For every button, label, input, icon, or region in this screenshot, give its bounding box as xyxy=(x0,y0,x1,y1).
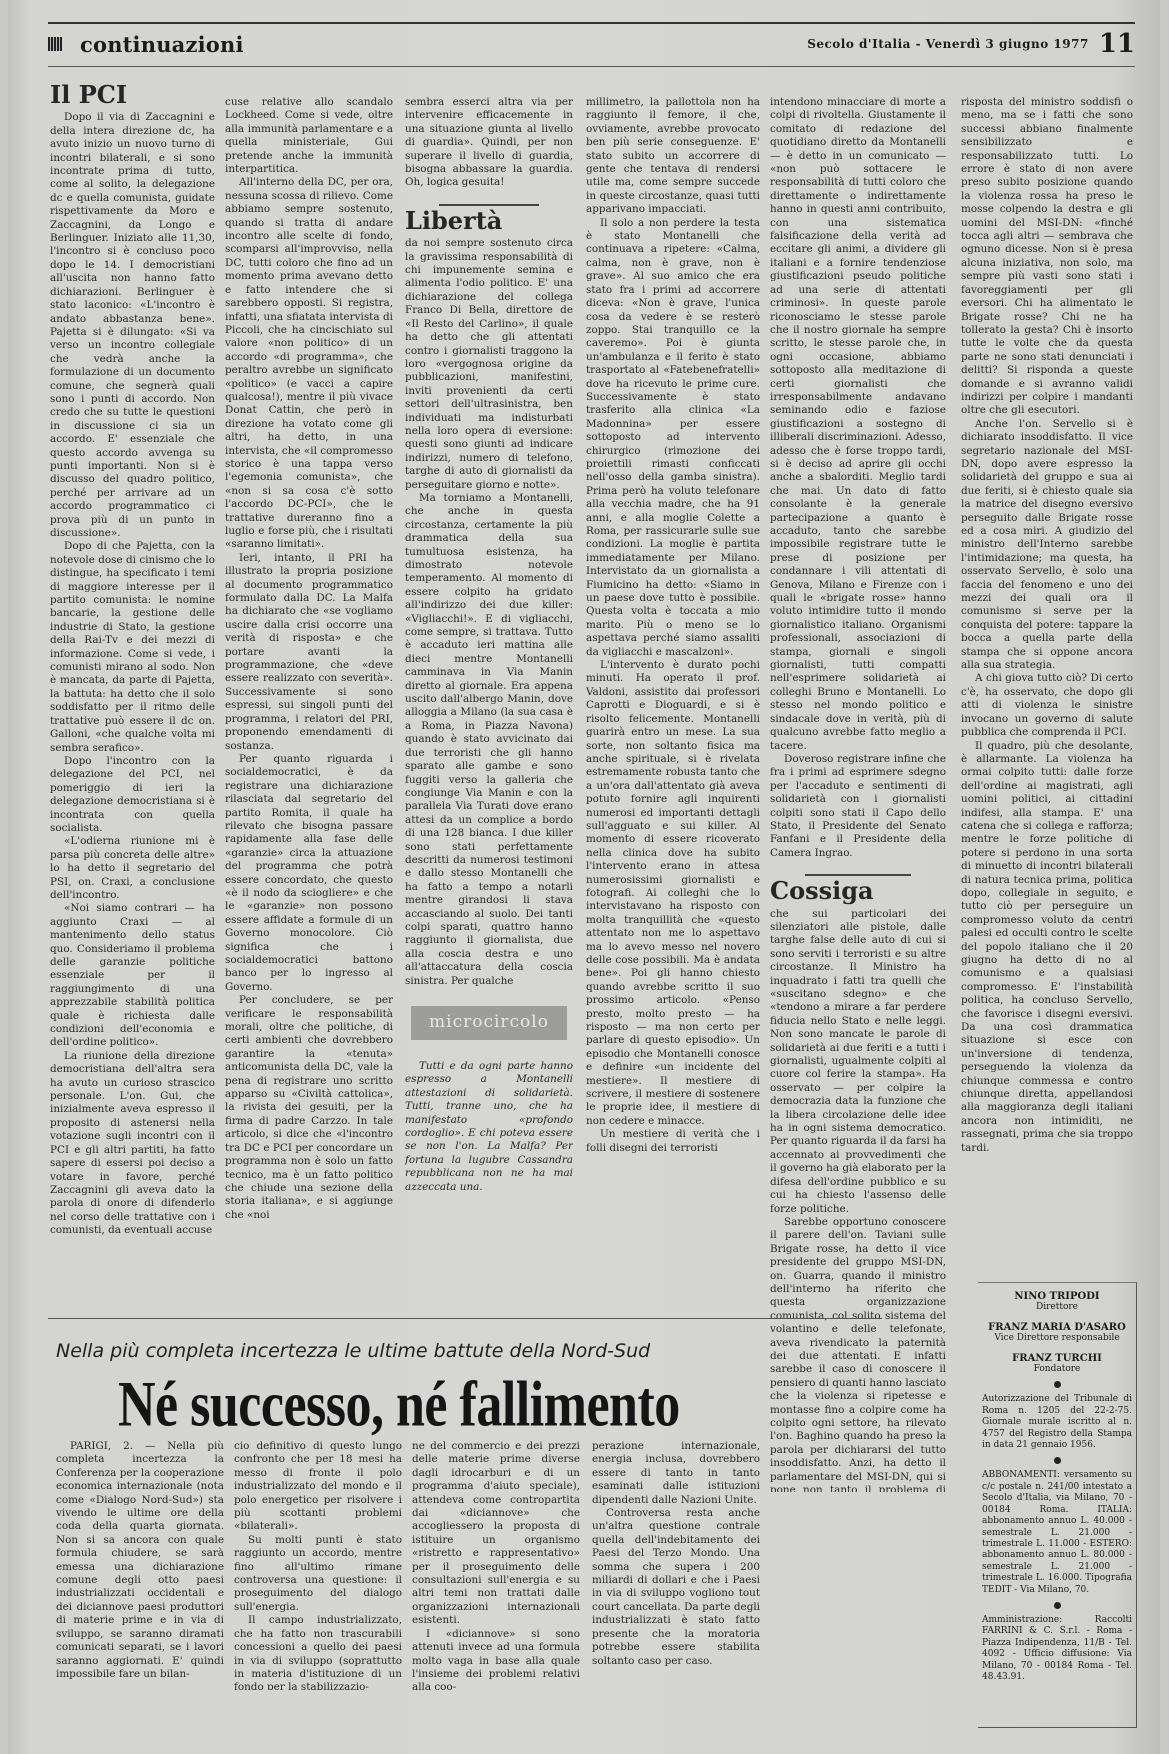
nordsud-col3: ne del commercio e dei prezzi delle mate… xyxy=(412,1440,580,1690)
paragraph: cuse relative allo scandalo Lockheed. Co… xyxy=(225,96,393,176)
bullet-icon xyxy=(1054,1381,1061,1388)
paragraph: Il quadro, più che desolante, è allarman… xyxy=(961,740,1133,1156)
nordsud-col1: PARIGI, 2. — Nella più completa incertez… xyxy=(56,1440,224,1690)
paragraph: Su molti punti è stato raggiunto un acco… xyxy=(234,1534,402,1614)
paragraph: Ma torniamo a Montanelli, che anche in q… xyxy=(405,492,573,988)
bottom-article-rule xyxy=(48,1318,882,1319)
paragraph: Il campo industrializzato, che ha fatto … xyxy=(234,1614,402,1690)
paragraph: Per concludere, se per verificare le res… xyxy=(225,994,393,1222)
header-top-rule xyxy=(48,22,1135,24)
header-bottom-rule xyxy=(48,66,1135,67)
masthead-person-name: FRANZ MARIA D'ASARO xyxy=(982,1322,1132,1333)
paragraph: Sarebbe opportuno conoscere il parere de… xyxy=(770,1216,946,1492)
paper-name-date: Secolo d'Italia - Venerdì 3 giugno 1977 xyxy=(807,37,1089,51)
paragraph: Per quanto riguarda i socialdemocratici,… xyxy=(225,753,393,994)
administration-info: Amministrazione: Raccolti FARRINI & C. S… xyxy=(982,1615,1132,1683)
page-number: 11 xyxy=(1099,29,1135,59)
paragraph: risposta del ministro soddisfi o meno, m… xyxy=(961,96,1133,418)
article-title-cossiga: Cossiga xyxy=(770,884,946,897)
microcircolo-text: Tutti e da ogni parte hanno espresso a M… xyxy=(405,1060,573,1194)
paragraph: millimetro, la pallottola non ha raggiun… xyxy=(586,96,760,217)
subscription-info: ABBONAMENTI: versamento su c/c postale n… xyxy=(982,1470,1132,1595)
masthead-people: NINO TRIPODIDirettoreFRANZ MARIA D'ASARO… xyxy=(982,1291,1132,1375)
registration-info: Autorizzazione del Tribunale di Roma n. … xyxy=(982,1394,1132,1451)
liberta-col3-body: da noi sempre sostenuto circa la graviss… xyxy=(405,237,573,988)
masthead-box: NINO TRIPODIDirettoreFRANZ MARIA D'ASARO… xyxy=(978,1282,1137,1728)
paragraph: intendono minacciare di morte a colpi di… xyxy=(770,96,946,753)
masthead-person-role: Vice Direttore responsabile xyxy=(982,1333,1132,1344)
paragraph: Un mestiere di verità che i folli disegn… xyxy=(586,1128,760,1155)
article-liberta-col5: intendono minacciare di morte a colpi di… xyxy=(770,96,946,1492)
article-title-pci: Il PCI xyxy=(50,88,215,101)
paragraph: Doveroso registrare infine che fra i pri… xyxy=(770,753,946,860)
article-pci-col2: cuse relative allo scandalo Lockheed. Co… xyxy=(225,96,393,1292)
newspaper-logo-icon xyxy=(48,37,62,51)
paragraph: L'intervento è durato pochi minuti. Ha o… xyxy=(586,659,760,1128)
paragraph: PARIGI, 2. — Nella più completa incertez… xyxy=(56,1440,224,1681)
masthead-person-role: Direttore xyxy=(982,1302,1132,1313)
masthead-person-name: FRANZ TURCHI xyxy=(982,1353,1132,1364)
paragraph: Controversa resta anche un'altra questio… xyxy=(592,1507,760,1668)
bullet-icon xyxy=(1054,1457,1061,1464)
paragraph: «Noi siamo contrari — ha aggiunto Craxi … xyxy=(50,902,215,1049)
paragraph: A chi giova tutto ciò? Di certo c'è, ha … xyxy=(961,672,1133,739)
article-liberta-col3: sembra esserci altra via per intervenire… xyxy=(405,96,573,1316)
bullet-icon xyxy=(1054,1602,1061,1609)
paragraph: perazione internazionale, energia inclus… xyxy=(592,1440,760,1507)
pci-col3-body: sembra esserci altra via per intervenire… xyxy=(405,96,573,190)
nordsud-col2: cio definitivo di questo lungo confronto… xyxy=(234,1440,402,1690)
paragraph: Ieri, intanto, il PRI ha illustrato la p… xyxy=(225,552,393,753)
paragraph: ne del commercio e dei prezzi delle mate… xyxy=(412,1440,580,1628)
article-headline: Né successo, né fallimento xyxy=(118,1368,680,1442)
article-liberta-col4: millimetro, la pallottola non ha raggiun… xyxy=(586,96,760,1292)
paragraph: Dopo il via di Zaccagnini e della intera… xyxy=(50,111,215,540)
masthead-person-role: Fondatore xyxy=(982,1364,1132,1375)
microcircolo-box: microcircolo xyxy=(411,1006,567,1040)
cossiga-col5-body: che sui particolari dei silenziatori all… xyxy=(770,908,946,1492)
paragraph: sembra esserci altra via per intervenire… xyxy=(405,96,573,190)
paragraph: I «diciannove» si sono attenuti invece a… xyxy=(412,1628,580,1690)
newspaper-page: continuazioni Secolo d'Italia - Venerdì … xyxy=(8,0,1160,1754)
page-header: continuazioni Secolo d'Italia - Venerdì … xyxy=(48,26,1135,62)
paragraph: All'interno della DC, per ora, nessuna s… xyxy=(225,176,393,551)
paragraph: che sui particolari dei silenziatori all… xyxy=(770,908,946,1216)
liberta-col5-body: intendono minacciare di morte a colpi di… xyxy=(770,96,946,860)
article-pci-col1: Il PCI Dopo il via di Zaccagnini e della… xyxy=(50,82,215,1292)
paragraph: Anche l'on. Servello si è dichiarato ins… xyxy=(961,418,1133,673)
article-kicker: Nella più completa incertezza le ultime … xyxy=(56,1340,650,1362)
article-cossiga-col6: risposta del ministro soddisfi o meno, m… xyxy=(961,96,1133,1266)
paragraph: Dopo di che Pajetta, con la notevole dos… xyxy=(50,540,215,755)
pci-col1-body: Dopo il via di Zaccagnini e della intera… xyxy=(50,111,215,1237)
paragraph: Dopo l'incontro con la delegazione del P… xyxy=(50,755,215,835)
paragraph: «L'odierna riunione mi è parsa più concr… xyxy=(50,835,215,902)
paragraph: cio definitivo di questo lungo confronto… xyxy=(234,1440,402,1534)
nordsud-col4: perazione internazionale, energia inclus… xyxy=(592,1440,760,1690)
paragraph: La riunione della direzione democristian… xyxy=(50,1050,215,1238)
paragraph: Il solo a non perdere la testa è stato M… xyxy=(586,217,760,659)
paragraph: da noi sempre sostenuto circa la graviss… xyxy=(405,237,573,492)
article-title-liberta: Libertà xyxy=(405,214,573,227)
masthead-person-name: NINO TRIPODI xyxy=(982,1291,1132,1302)
section-title: continuazioni xyxy=(80,32,244,57)
